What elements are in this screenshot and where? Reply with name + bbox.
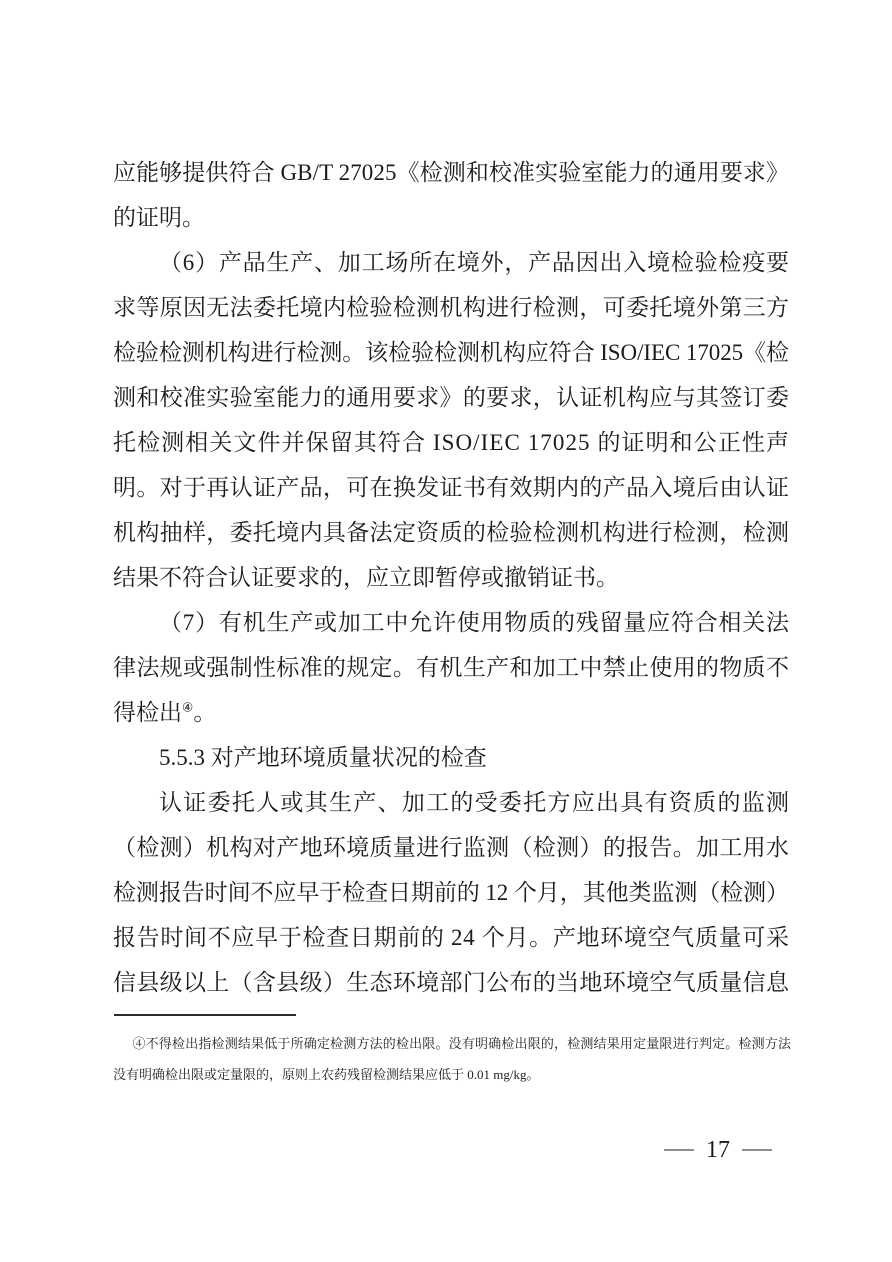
section-heading: 5.5.3 对产地环境质量状况的检查: [113, 735, 789, 780]
text-line: 律法规或强制性标准的规定。有机生产和加工中禁止使用的物质不: [113, 645, 789, 690]
text-line: 应能够提供符合 GB/T 27025《检测和校准实验室能力的通用要求》: [113, 150, 789, 195]
document-body: 应能够提供符合 GB/T 27025《检测和校准实验室能力的通用要求》 的证明。…: [113, 150, 789, 1010]
text-line: 明。对于再认证产品，可在换发证书有效期内的产品入境后由认证: [113, 465, 789, 510]
text-line: 得检出④。: [113, 690, 789, 735]
page-number-value: 17: [706, 1138, 730, 1162]
text-line: （检测）机构对产地环境质量进行监测（检测）的报告。加工用水: [113, 825, 789, 870]
footnote-separator: [114, 1014, 296, 1016]
text-line: 托检测相关文件并保留其符合 ISO/IEC 17025 的证明和公正性声: [113, 420, 789, 465]
text-line: （7）有机生产或加工中允许使用物质的残留量应符合相关法: [113, 600, 789, 645]
text-line: 检测报告时间不应早于检查日期前的 12 个月，其他类监测（检测）: [113, 870, 789, 915]
document-page: 应能够提供符合 GB/T 27025《检测和校准实验室能力的通用要求》 的证明。…: [0, 0, 892, 1262]
page-number-dash-right: [742, 1149, 772, 1151]
text-line: 认证委托人或其生产、加工的受委托方应出具有资质的监测: [113, 780, 789, 825]
page-number-dash-left: [664, 1149, 694, 1151]
text-line: 的证明。: [113, 195, 789, 240]
text-line: （6）产品生产、加工场所在境外，产品因出入境检验检疫要: [113, 240, 789, 285]
footnote-reference-mark: ④: [182, 700, 193, 714]
text-line: 结果不符合认证要求的，应立即暂停或撤销证书。: [113, 555, 789, 600]
footnote-line: ④不得检出指检测结果低于所确定检测方法的检出限。没有明确检出限的，检测结果用定量…: [113, 1028, 791, 1059]
text-line: 信县级以上（含县级）生态环境部门公布的当地环境空气质量信息: [113, 960, 789, 1005]
text-line-segment: 。: [193, 700, 216, 725]
text-line: 测和校准实验室能力的通用要求》的要求，认证机构应与其签订委: [113, 375, 789, 420]
text-line: 求等原因无法委托境内检验检测机构进行检测，可委托境外第三方: [113, 285, 789, 330]
page-number: 17: [664, 1136, 772, 1164]
text-line: 报告时间不应早于检查日期前的 24 个月。产地环境空气质量可采: [113, 915, 789, 960]
text-line-segment: 得检出: [113, 700, 182, 725]
footnote: ④不得检出指检测结果低于所确定检测方法的检出限。没有明确检出限的，检测结果用定量…: [113, 1028, 791, 1090]
footnote-line: 没有明确检出限或定量限的，原则上农药残留检测结果应低于 0.01 mg/kg。: [113, 1059, 791, 1090]
text-line: 机构抽样，委托境内具备法定资质的检验检测机构进行检测，检测: [113, 510, 789, 555]
text-line: 检验检测机构进行检测。该检验检测机构应符合 ISO/IEC 17025《检: [113, 330, 789, 375]
